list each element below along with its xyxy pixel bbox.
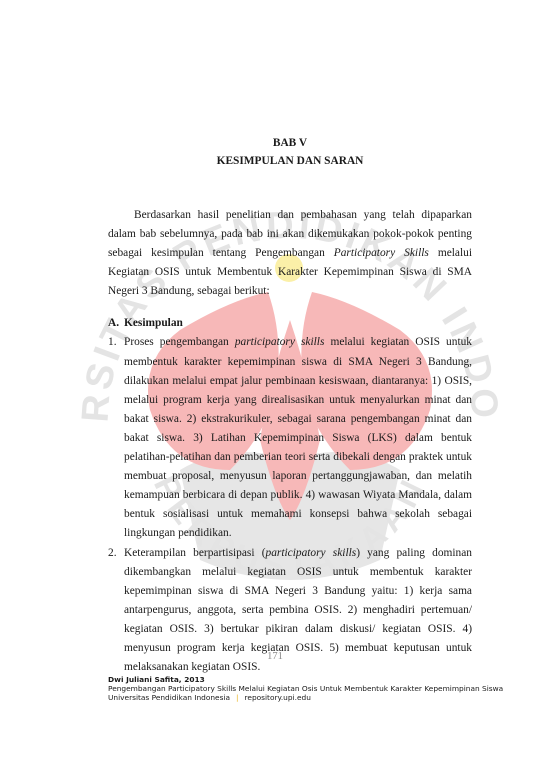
footer: Dwi Juliani Safita, 2013 Pengembangan Pa…	[108, 675, 508, 703]
conclusion-list: 1. Proses pengembangan participatory ski…	[108, 333, 472, 677]
footer-separator: |	[236, 693, 239, 702]
list-item: 1. Proses pengembangan participatory ski…	[108, 333, 472, 543]
footer-title: Pengembangan Participatory Skills Melalu…	[108, 684, 508, 693]
intro-italic: Participatory Skills	[334, 247, 429, 259]
section-heading-kesimpulan: A. Kesimpulan	[108, 314, 472, 333]
list-item-number: 1.	[108, 333, 124, 543]
page-number: 171	[0, 651, 550, 662]
document-body: BAB V KESIMPULAN DAN SARAN Berdasarkan h…	[108, 134, 472, 677]
list-item-text-part: Proses pengembangan	[124, 336, 235, 348]
list-item-italic: participatory skills	[266, 547, 357, 559]
chapter-number: BAB V	[108, 134, 472, 152]
footer-institution: Universitas Pendidikan Indonesia	[108, 693, 230, 702]
list-item-text: Proses pengembangan participatory skills…	[124, 333, 472, 543]
section-title: Kesimpulan	[124, 314, 183, 333]
intro-paragraph: Berdasarkan hasil penelitian dan pembaha…	[108, 206, 472, 301]
chapter-title: KESIMPULAN DAN SARAN	[108, 152, 472, 170]
list-item-text-part: Keterampilan berpartisipasi (	[124, 547, 266, 559]
footer-author: Dwi Juliani Safita, 2013	[108, 675, 508, 684]
section-letter: A.	[108, 314, 124, 333]
footer-repository-link[interactable]: repository.upi.edu	[245, 693, 311, 702]
list-item-italic: participatory skills	[235, 336, 325, 348]
footer-institution-line: Universitas Pendidikan Indonesia|reposit…	[108, 693, 508, 702]
list-item-text-part: melalui kegiatan OSIS untuk membentuk ka…	[124, 336, 472, 539]
document-page: UNIVERSITAS PENDIDIKAN INDONESIA PERPUST…	[0, 0, 550, 777]
